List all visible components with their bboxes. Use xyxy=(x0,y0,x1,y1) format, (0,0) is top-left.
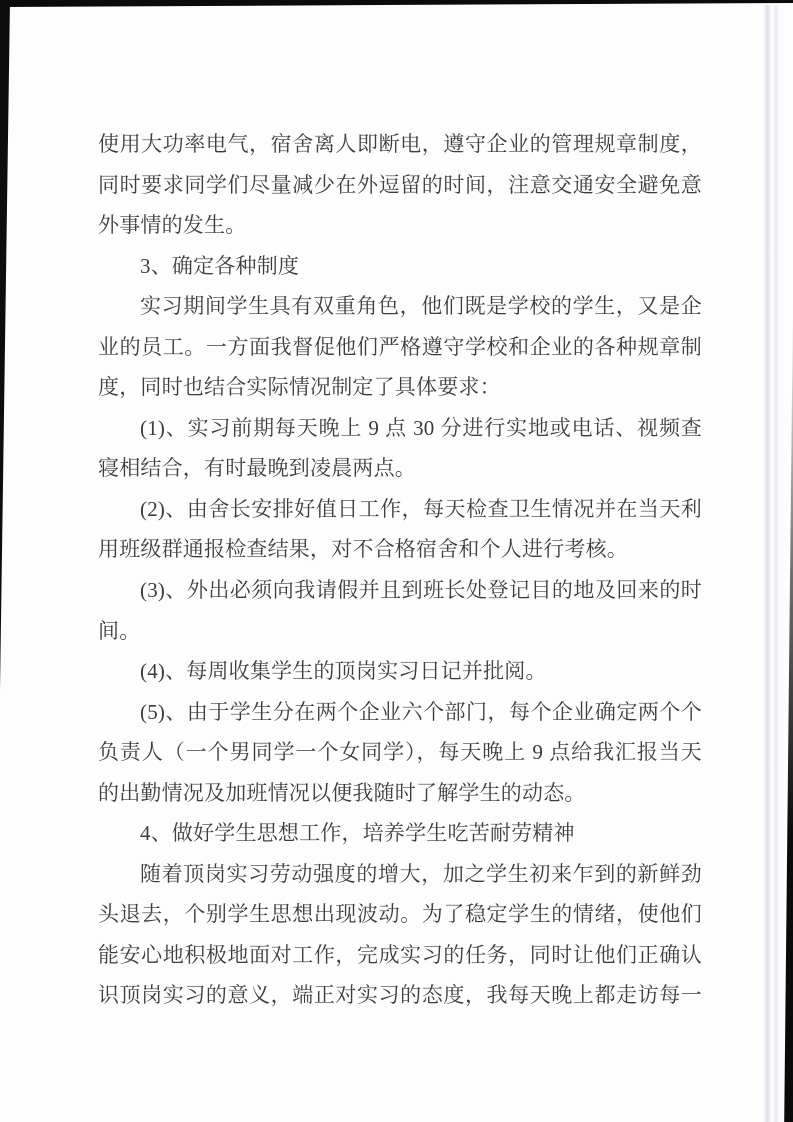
list-item-4: (4)、每周收集学生的顶岗实习日记并批阅。 xyxy=(98,651,702,692)
text-line: 同时要求同学们尽量减少在外逗留的时间，注意交通安全避免意 xyxy=(98,165,702,206)
section-heading-3: 3、确定各种制度 xyxy=(98,246,702,287)
text-line: 头退去，个别学生思想出现波动。为了稳定学生的情绪，使他们 xyxy=(98,894,702,935)
document-page: 使用大功率电气，宿舍离人即断电，遵守企业的管理规章制度， 同时要求同学们尽量减少… xyxy=(0,0,793,1122)
document-text: 使用大功率电气，宿舍离人即断电，遵守企业的管理规章制度， 同时要求同学们尽量减少… xyxy=(98,124,702,1016)
text-line: 能安心地积极地面对工作，完成实习的任务，同时让他们正确认 xyxy=(98,935,702,976)
scan-fold-line xyxy=(764,5,771,1122)
text-line: 业的员工。一方面我督促他们严格遵守学校和企业的各种规章制 xyxy=(98,327,702,368)
text-line: 用班级群通报检查结果，对不合格宿舍和个人进行考核。 xyxy=(98,529,702,570)
text-line: 负责人（一个男同学一个女同学），每天晚上 9 点给我汇报当天 xyxy=(98,732,702,773)
section-heading-4: 4、做好学生思想工作，培养学生吃苦耐劳精神 xyxy=(98,813,702,854)
text-line: 度，同时也结合实际情况制定了具体要求： xyxy=(98,367,702,408)
text-line: 随着顶岗实习劳动强度的增大，加之学生初来乍到的新鲜劲 xyxy=(98,854,702,895)
list-item-3: (3)、外出必须向我请假并且到班长处登记目的地及回来的时 xyxy=(98,570,702,611)
list-item-5: (5)、由于学生分在两个企业六个部门，每个企业确定两个个 xyxy=(98,692,702,733)
text-line: 使用大功率电气，宿舍离人即断电，遵守企业的管理规章制度， xyxy=(98,124,702,165)
text-line: 间。 xyxy=(98,611,702,652)
list-item-1: (1)、实习前期每天晚上 9 点 30 分进行实地或电话、视频查 xyxy=(98,408,702,449)
scanned-page-viewport: 使用大功率电气，宿舍离人即断电，遵守企业的管理规章制度， 同时要求同学们尽量减少… xyxy=(0,0,793,1122)
list-item-2: (2)、由舍长安排好值日工作，每天检查卫生情况并在当天利 xyxy=(98,489,702,530)
text-line: 实习期间学生具有双重角色，他们既是学校的学生，又是企 xyxy=(98,286,702,327)
text-line: 的出勤情况及加班情况以便我随时了解学生的动态。 xyxy=(98,773,702,814)
text-line: 外事情的发生。 xyxy=(98,205,702,246)
scan-fold-line xyxy=(773,5,779,1122)
text-line: 寝相结合，有时最晚到凌晨两点。 xyxy=(98,448,702,489)
text-line: 识顶岗实习的意义，端正对实习的态度，我每天晚上都走访每一 xyxy=(98,975,702,1016)
